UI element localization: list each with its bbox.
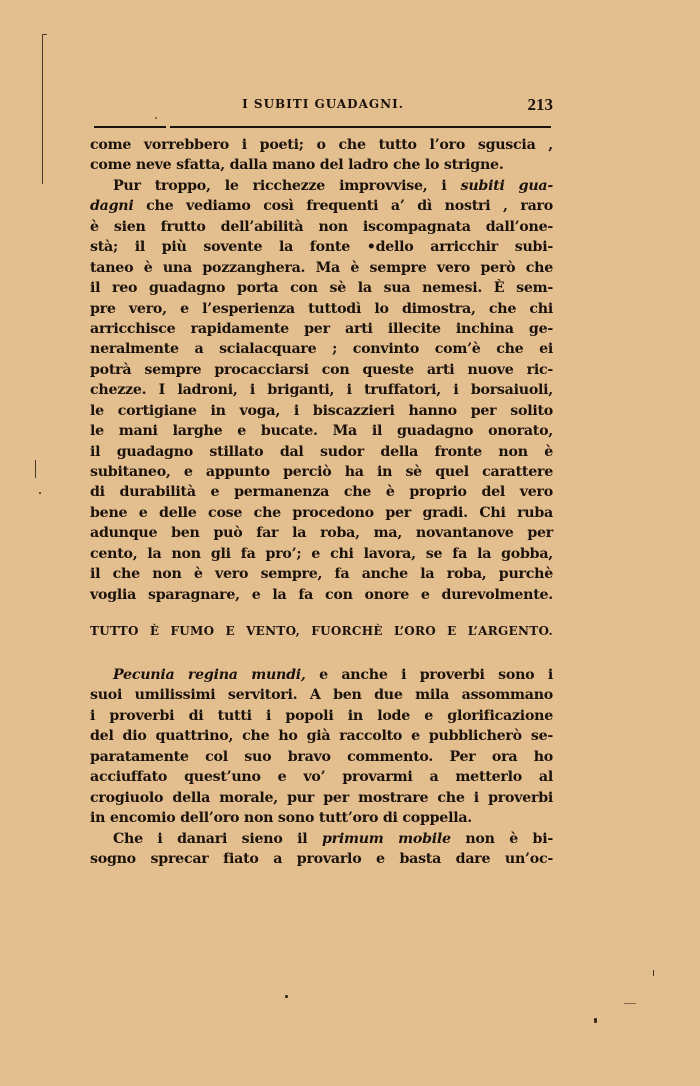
text-line: Pecunia regina mundi, e anche i proverbi… (90, 665, 553, 685)
line-text: non è bi- (451, 831, 553, 847)
text-line: le mani larghe e bucate. Ma il guadagno … (90, 421, 553, 441)
text-line: cento, la non gli fa pro’; e chi lavora,… (90, 544, 553, 564)
text-line: i proverbi di tutti i popoli in lode e g… (90, 706, 553, 726)
text-line: di durabilità e permanenza che è proprio… (90, 482, 553, 502)
text-line: Che i danari sieno il primum mobile non … (90, 829, 553, 849)
text-line: arricchisce rapidamente per arti illecit… (90, 319, 553, 339)
margin-tick-mark (35, 460, 36, 478)
text-line: taneo è una pozzanghera. Ma è sempre ver… (90, 258, 553, 278)
paragraph-block-2: Pecunia regina mundi, e anche i proverbi… (90, 665, 553, 869)
ink-speck (155, 117, 157, 119)
text-line: suoi umilissimi servitori. A ben due mil… (90, 685, 553, 705)
text-line: neralmente a scialacquare ; convinto com… (90, 339, 553, 359)
text-line: stà; il più sovente la fonte •dello arri… (90, 237, 553, 257)
text-line: chezze. I ladroni, i briganti, i truffat… (90, 380, 553, 400)
text-line: il reo guadagno porta con sè la sua neme… (90, 278, 553, 298)
ink-speck (39, 492, 41, 494)
text-line: il che non è vero sempre, fa anche la ro… (90, 564, 553, 584)
line-text: e anche i proverbi sono i (306, 667, 553, 683)
text-line: pre vero, e l’esperienza tuttodì lo dimo… (90, 299, 553, 319)
ink-speck (594, 1018, 597, 1023)
text-line: subitaneo, e appunto perciò ha in sè que… (90, 462, 553, 482)
header-rule-right (170, 126, 551, 128)
text-line: le cortigiane in voga, i biscazzieri han… (90, 401, 553, 421)
running-head: I SUBITI GUADAGNI. 213 (93, 95, 553, 115)
book-page: I SUBITI GUADAGNI. 213 come vorrebbero i… (0, 0, 700, 1086)
text-line: adunque ben può far la roba, ma, novanta… (90, 523, 553, 543)
margin-bracket-top (42, 34, 47, 35)
text-line: voglia sparagnare, e la fa con onore e d… (90, 585, 553, 605)
text-line: Pur troppo, le ricchezze improvvise, i s… (90, 176, 553, 196)
line-text: che vediamo così frequenti a’ dì nostri … (134, 198, 554, 214)
text-line: paratamente col suo bravo commento. Per … (90, 747, 553, 767)
italic-term: dagni (90, 198, 134, 214)
text-line: è sien frutto dell’abilità non iscompagn… (90, 217, 553, 237)
text-line: sogno sprecar fiato a provarlo e basta d… (90, 849, 553, 869)
ink-speck (285, 995, 288, 998)
text-line: in encomio dell’oro non sono tutt’oro di… (90, 808, 553, 828)
italic-term: subiti gua- (461, 178, 553, 194)
text-line: acciuffato quest’uno e vo’ provarmi a me… (90, 767, 553, 787)
text-line: crogiuolo della morale, pur per mostrare… (90, 788, 553, 808)
text-line: come vorrebbero i poeti; o che tutto l’o… (90, 135, 553, 155)
page-number: 213 (528, 95, 554, 115)
running-title: I SUBITI GUADAGNI. (93, 97, 553, 111)
text-line: il guadagno stillato dal sudor della fro… (90, 442, 553, 462)
ink-speck (624, 1003, 636, 1004)
header-rule-left (94, 126, 166, 128)
text-line: potrà sempre procacciarsi con queste art… (90, 360, 553, 380)
italic-term: Pecunia regina mundi, (113, 667, 306, 683)
section-heading: TUTTO È FUMO E VENTO, FUORCHÈ L’ORO E L’… (90, 624, 553, 638)
line-text: Pur troppo, le ricchezze improvvise, i (113, 178, 461, 194)
italic-term: primum mobile (322, 831, 451, 847)
ink-speck (653, 970, 654, 976)
text-line: del dio quattrino, che ho già raccolto e… (90, 726, 553, 746)
margin-bracket-mark (42, 34, 43, 184)
text-line: dagni che vediamo così frequenti a’ dì n… (90, 196, 553, 216)
line-text: Che i danari sieno il (113, 831, 322, 847)
paragraph-block-1: come vorrebbero i poeti; o che tutto l’o… (90, 135, 553, 605)
text-line: come neve sfatta, dalla mano del ladro c… (90, 155, 553, 175)
text-line: bene e delle cose che procedono per grad… (90, 503, 553, 523)
